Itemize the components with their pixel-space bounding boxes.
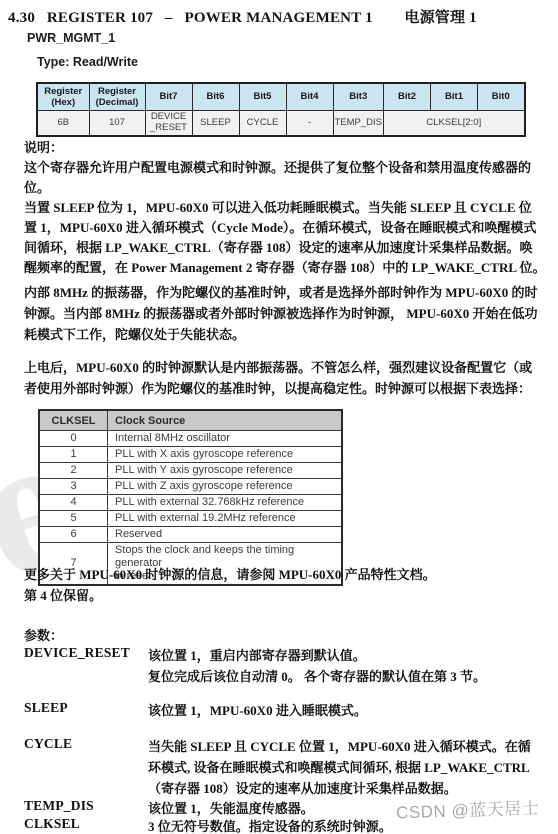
clksel-value: 1 <box>39 447 108 463</box>
param-row-device-reset: DEVICE_RESET 该位置 1，重启内部寄存器到默认值。 复位完成后该位自… <box>24 645 556 687</box>
cell-register-decimal: 107 <box>89 111 145 137</box>
notes-block: 更多关于 MPU-60X0 时钟源的信息，请参阅 MPU-60X0 产品特性文档… <box>24 564 436 606</box>
register-bit-table: Register (Hex) Register (Decimal) Bit7 B… <box>36 82 526 137</box>
datasheet-page: e e 4.30 REGISTER 107 – POWER MANAGEMENT… <box>0 0 558 834</box>
parameters-heading: 参数： <box>24 625 63 644</box>
clksel-source: PLL with Z axis gyroscope reference <box>108 479 343 495</box>
table-row: 3 PLL with Z axis gyroscope reference <box>39 479 342 495</box>
table-row: 2 PLL with Y axis gyroscope reference <box>39 463 342 479</box>
clksel-source: PLL with Y axis gyroscope reference <box>108 463 343 479</box>
bit-table-header-row: Register (Hex) Register (Decimal) Bit7 B… <box>37 83 525 111</box>
param-name: TEMP_DIS <box>24 798 148 814</box>
param-name: CLKSEL <box>24 816 148 832</box>
table-row: 6 Reserved <box>39 527 342 543</box>
clksel-source: Internal 8MHz oscillator <box>108 431 343 447</box>
cell-clksel: CLKSEL[2:0] <box>384 111 525 137</box>
col-bit3: Bit3 <box>333 83 384 111</box>
clksel-source: PLL with external 32.768kHz reference <box>108 495 343 511</box>
clksel-value: 5 <box>39 511 108 527</box>
col-clksel: CLKSEL <box>39 410 108 431</box>
col-clock-source: Clock Source <box>108 410 343 431</box>
clksel-value: 6 <box>39 527 108 543</box>
section-title: 4.30 REGISTER 107 – POWER MANAGEMENT 1 电… <box>8 6 477 27</box>
param-description: 该位置 1，重启内部寄存器到默认值。 复位完成后该位自动清 0。 各个寄存器的默… <box>148 645 486 687</box>
col-bit1: Bit1 <box>431 83 478 111</box>
param-row-sleep: SLEEP 该位置 1，MPU-60X0 进入睡眠模式。 <box>24 700 556 721</box>
col-register-hex: Register (Hex) <box>37 83 89 111</box>
clksel-source: Reserved <box>108 527 343 543</box>
description-paragraph-1: 这个寄存器允许用户配置电源模式和时钟源。还提供了复位整个设备和禁用温度传感器的 … <box>24 158 554 278</box>
clksel-source: PLL with external 19.2MHz reference <box>108 511 343 527</box>
col-bit4: Bit4 <box>286 83 333 111</box>
col-register-decimal: Register (Decimal) <box>89 83 145 111</box>
cell-bit5-cycle: CYCLE <box>239 111 286 137</box>
csdn-watermark: CSDN @蓝天居士 <box>396 794 540 824</box>
clock-source-table: CLKSEL Clock Source 0 Internal 8MHz osci… <box>38 409 343 586</box>
register-type: Type: Read/Write <box>37 55 138 69</box>
table-row: 4 PLL with external 32.768kHz reference <box>39 495 342 511</box>
note-clock-source-docs: 更多关于 MPU-60X0 时钟源的信息，请参阅 MPU-60X0 产品特性文档… <box>24 564 436 585</box>
cell-bit4-reserved: - <box>286 111 333 137</box>
clksel-value: 3 <box>39 479 108 495</box>
col-bit2: Bit2 <box>384 83 431 111</box>
param-name: SLEEP <box>24 700 148 716</box>
col-bit5: Bit5 <box>239 83 286 111</box>
param-description: 该位置 1，MPU-60X0 进入睡眠模式。 <box>148 700 367 721</box>
description-heading: 说明： <box>24 138 554 158</box>
cell-bit3-temp-dis: TEMP_DIS <box>333 111 384 137</box>
description-block: 说明： 这个寄存器允许用户配置电源模式和时钟源。还提供了复位整个设备和禁用温度传… <box>24 138 554 399</box>
register-name: PWR_MGMT_1 <box>27 31 115 45</box>
param-description: 当失能 SLEEP 且 CYCLE 位置 1，MPU-60X0 进入循环模式。在… <box>148 736 531 799</box>
clksel-value: 4 <box>39 495 108 511</box>
clksel-value: 2 <box>39 463 108 479</box>
cell-bit6-sleep: SLEEP <box>192 111 239 137</box>
table-row: 1 PLL with X axis gyroscope reference <box>39 447 342 463</box>
param-name: DEVICE_RESET <box>24 645 148 661</box>
param-description: 3 位无符号数值。指定设备的系统时钟源。 <box>148 816 392 834</box>
description-paragraph-2: 内部 8MHz 的振荡器，作为陀螺仪的基准时钟，或者是选择外部时钟作为 MPU-… <box>24 282 554 345</box>
note-bit4-reserved: 第 4 位保留。 <box>24 585 436 606</box>
param-row-cycle: CYCLE 当失能 SLEEP 且 CYCLE 位置 1，MPU-60X0 进入… <box>24 736 556 799</box>
description-paragraph-3: 上电后，MPU-60X0 的时钟源默认是内部振荡器。不管怎么样，强烈建议设备配置… <box>24 357 554 399</box>
table-row: 0 Internal 8MHz oscillator <box>39 431 342 447</box>
cell-bit7-device-reset: DEVICE _RESET <box>145 111 192 137</box>
col-bit6: Bit6 <box>192 83 239 111</box>
col-bit0: Bit0 <box>478 83 525 111</box>
bit-table-value-row: 6B 107 DEVICE _RESET SLEEP CYCLE - TEMP_… <box>37 111 525 137</box>
param-name: CYCLE <box>24 736 148 752</box>
table-row: 5 PLL with external 19.2MHz reference <box>39 511 342 527</box>
cell-register-hex: 6B <box>37 111 89 137</box>
clock-source-header-row: CLKSEL Clock Source <box>39 410 342 431</box>
clksel-source: PLL with X axis gyroscope reference <box>108 447 343 463</box>
col-bit7: Bit7 <box>145 83 192 111</box>
clksel-value: 0 <box>39 431 108 447</box>
